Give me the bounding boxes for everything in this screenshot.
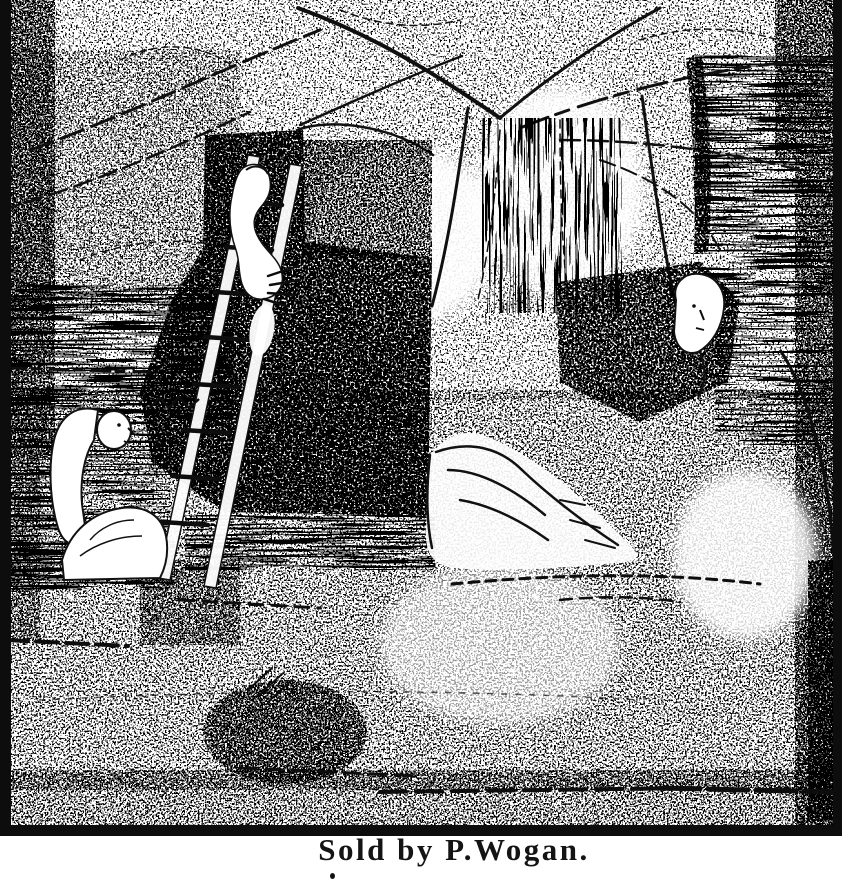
ladder-rung	[205, 337, 251, 340]
ladder-rung	[194, 384, 240, 387]
right-hatch-band	[695, 55, 842, 310]
right-border	[833, 0, 842, 836]
engraving-illustration	[0, 0, 842, 836]
ladder-rung	[183, 430, 230, 433]
scanned-print-page: Sold by P.Wogan.	[0, 0, 842, 881]
ground-dark-patch	[203, 680, 367, 784]
ladder-rung	[162, 522, 208, 525]
lower-band-texture	[0, 770, 842, 828]
left-border	[0, 0, 11, 836]
capped-figure-eye	[117, 423, 121, 427]
ground-highlight	[380, 565, 620, 725]
hooded-figure-eye	[692, 304, 696, 308]
hedge-upper-right-shading	[302, 140, 432, 258]
caption: Sold by P.Wogan.	[33, 832, 842, 868]
caption-period-mark	[330, 873, 335, 879]
right-lower-highlight	[673, 470, 817, 640]
capped-figure-head	[97, 411, 131, 449]
ladder-rung	[172, 476, 219, 479]
